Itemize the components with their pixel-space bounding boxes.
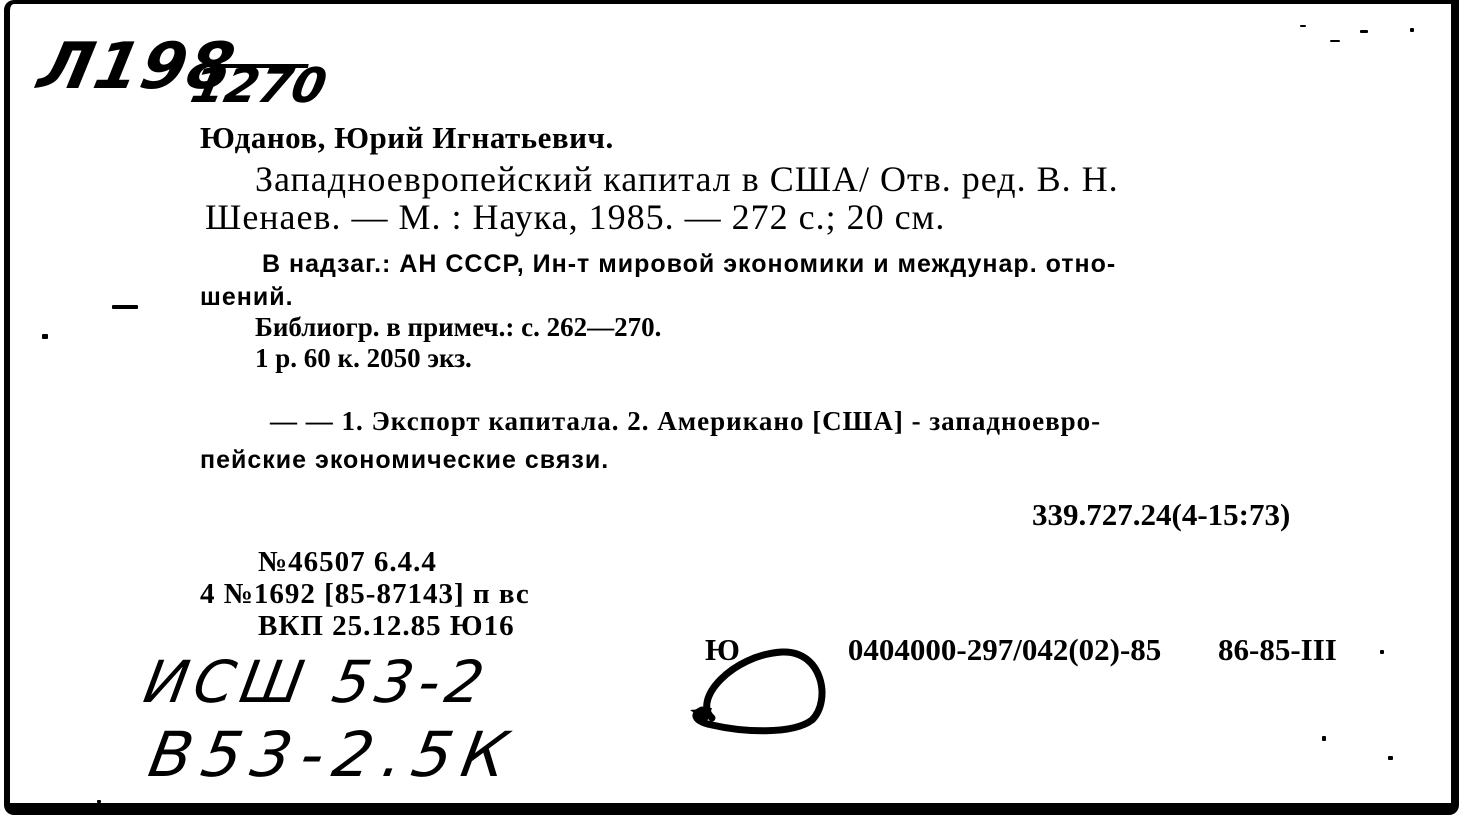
author-heading: Юданов, Юрий Игнатьевич. (200, 120, 614, 156)
publisher-code-rest: 0404000-297/042(02)-85 (848, 632, 1161, 667)
udc-classification: 339.727.24(4-15:73) (1032, 497, 1290, 533)
speck (97, 800, 101, 803)
speck (1360, 30, 1368, 33)
handdrawn-loop-mark (672, 630, 832, 740)
card-number: 86-85-III (1218, 632, 1337, 668)
registration-line-3: ВКП 25.12.85 Ю16 (258, 610, 515, 643)
speck (1410, 28, 1414, 32)
handwritten-shelf-number: 1270 (186, 58, 331, 114)
subject-headings-line-1: — — 1. Экспорт капитала. 2. Американо [С… (270, 406, 1101, 437)
title-line-1: Западноевропейский капитал в США/ Отв. р… (255, 158, 1119, 200)
handwritten-inventory-line-2: В53-2.5К (144, 718, 523, 791)
speck (1322, 736, 1326, 741)
header-note-line-1: В надзаг.: АН СССР, Ин-т мировой экономи… (262, 250, 1116, 279)
speck (1300, 25, 1306, 27)
bibliography-note: Библиогр. в примеч.: с. 262—270. (255, 312, 661, 343)
speck (112, 305, 138, 309)
speck (42, 334, 48, 339)
speck (1380, 650, 1384, 654)
speck (1388, 756, 1393, 760)
subject-headings-line-2: пейские экономические связи. (200, 446, 609, 475)
handwritten-inventory-line-1: ИСШ 53-2 (139, 648, 495, 716)
overline-stroke (210, 64, 309, 68)
registration-line-2: 4 №1692 [85-87143] п вс (200, 578, 530, 611)
header-note-line-2: шений. (200, 283, 294, 312)
price-copies-note: 1 р. 60 к. 2050 экз. (255, 343, 472, 374)
title-line-2: Шенаев. — М. : Наука, 1985. — 272 с.; 20… (205, 196, 945, 238)
speck (1330, 40, 1340, 42)
registration-line-1: №46507 6.4.4 (258, 546, 437, 579)
